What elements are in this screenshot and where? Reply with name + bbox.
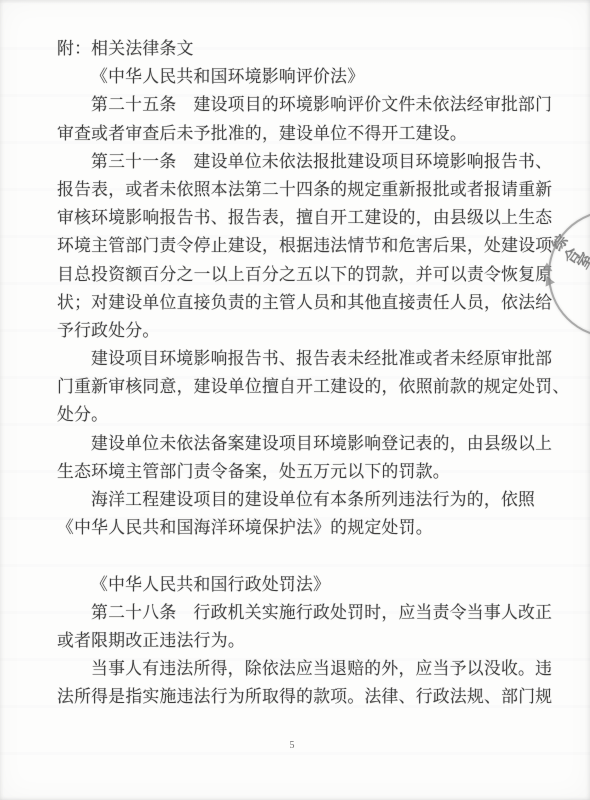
text-line: 《中华人民共和国环境影响评价法》 xyxy=(57,63,547,91)
seal-text-char: 合 xyxy=(559,243,585,267)
text-line: 海洋工程建设项目的建设单位有本条所列违法行为的，依照 xyxy=(57,486,547,514)
text-line: 审核环境影响报告书、报告表，擅自开工建设的，由县级以上生态 xyxy=(57,204,547,232)
text-line: 报告表，或者未依照本法第二十四条的规定重新报批或者报请重新 xyxy=(57,176,547,204)
seal-circle xyxy=(548,210,590,338)
seal-stamp: 综 合 室 xyxy=(548,210,590,338)
seal-text-char: 室 xyxy=(572,249,590,273)
scanned-document-page: 附：相关法律条文《中华人民共和国环境影响评价法》第二十五条 建设项目的环境影响评… xyxy=(0,0,590,800)
text-line: 第二十五条 建设项目的环境影响评价文件未依法经审批部门 xyxy=(57,91,547,119)
text-line xyxy=(57,542,547,570)
text-line: 生态环境主管部门责令备案，处五万元以下的罚款。 xyxy=(57,458,547,486)
text-line: 附：相关法律条文 xyxy=(57,35,547,63)
document-body: 附：相关法律条文《中华人民共和国环境影响评价法》第二十五条 建设项目的环境影响评… xyxy=(57,35,547,712)
text-line: 当事人有违法所得，除依法应当退赔的外，应当予以没收。违 xyxy=(57,655,547,683)
text-line: 门重新审核同意，建设单位擅自开工建设的，依照前款的规定处罚、 xyxy=(57,373,547,401)
text-line: 建设项目环境影响报告书、报告表未经批准或者未经原审批部 xyxy=(57,345,547,373)
text-line: 第三十一条 建设单位未依法报批建设项目环境影响报告书、 xyxy=(57,148,547,176)
text-line: 处分。 xyxy=(57,401,547,429)
text-line: 目总投资额百分之一以上百分之五以下的罚款，并可以责令恢复原 xyxy=(57,261,547,289)
text-line: 《中华人民共和国行政处罚法》 xyxy=(57,571,547,599)
page-number: 5 xyxy=(0,740,584,751)
text-line: 建设单位未依法备案建设项目环境影响登记表的，由县级以上 xyxy=(57,430,547,458)
text-line: 环境主管部门责令停止建设，根据违法情节和危害后果，处建设项 xyxy=(57,232,547,260)
text-line: 审查或者审查后未予批准的，建设单位不得开工建设。 xyxy=(57,120,547,148)
text-line: 状；对建设单位直接负责的主管人员和其他直接责任人员，依法给 xyxy=(57,289,547,317)
text-line: 或者限期改正违法行为。 xyxy=(57,627,547,655)
text-line: 予行政处分。 xyxy=(57,317,547,345)
text-line: 第二十八条 行政机关实施行政处罚时，应当责令当事人改正 xyxy=(57,599,547,627)
text-line: 《中华人民共和国海洋环境保护法》的规定处罚。 xyxy=(57,514,547,542)
text-line: 法所得是指实施违法行为所取得的款项。法律、行政法规、部门规 xyxy=(57,683,547,711)
